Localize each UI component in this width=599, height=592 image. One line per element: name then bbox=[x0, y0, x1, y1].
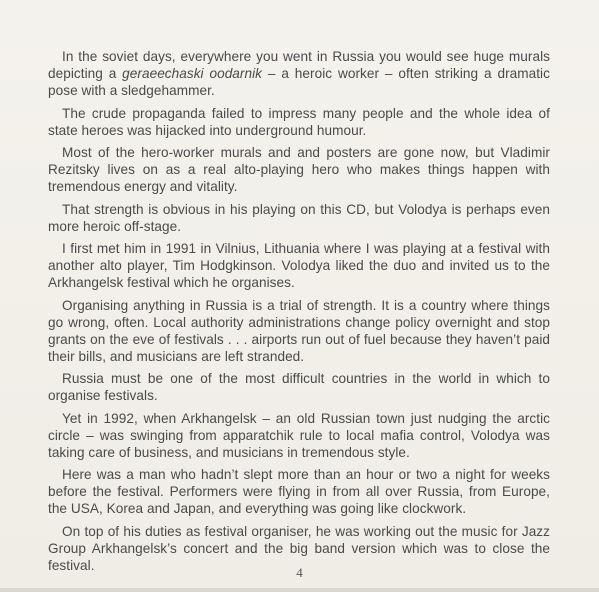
paragraph-6: Organising anything in Russia is a trial… bbox=[48, 297, 550, 365]
paragraph-8: Yet in 1992, when Arkhangelsk – an old R… bbox=[48, 410, 550, 461]
paragraph-2: The crude propaganda failed to impress m… bbox=[48, 105, 550, 139]
paragraph-3: Most of the hero-worker murals and and p… bbox=[48, 144, 550, 195]
paragraph-9: Here was a man who hadn’t slept more tha… bbox=[48, 466, 550, 517]
page-number: 4 bbox=[0, 565, 599, 581]
paragraph-5: I first met him in 1991 in Vilnius, Lith… bbox=[48, 240, 550, 291]
paragraph-7: Russia must be one of the most difficult… bbox=[48, 370, 550, 404]
booklet-page: In the soviet days, everywhere you went … bbox=[0, 0, 599, 592]
paragraph-4: That strength is obvious in his playing … bbox=[48, 201, 550, 235]
paragraph-1: In the soviet days, everywhere you went … bbox=[48, 48, 550, 99]
body-text: In the soviet days, everywhere you went … bbox=[48, 48, 550, 579]
italic-term: geraeechaski oodarnik bbox=[122, 66, 262, 81]
